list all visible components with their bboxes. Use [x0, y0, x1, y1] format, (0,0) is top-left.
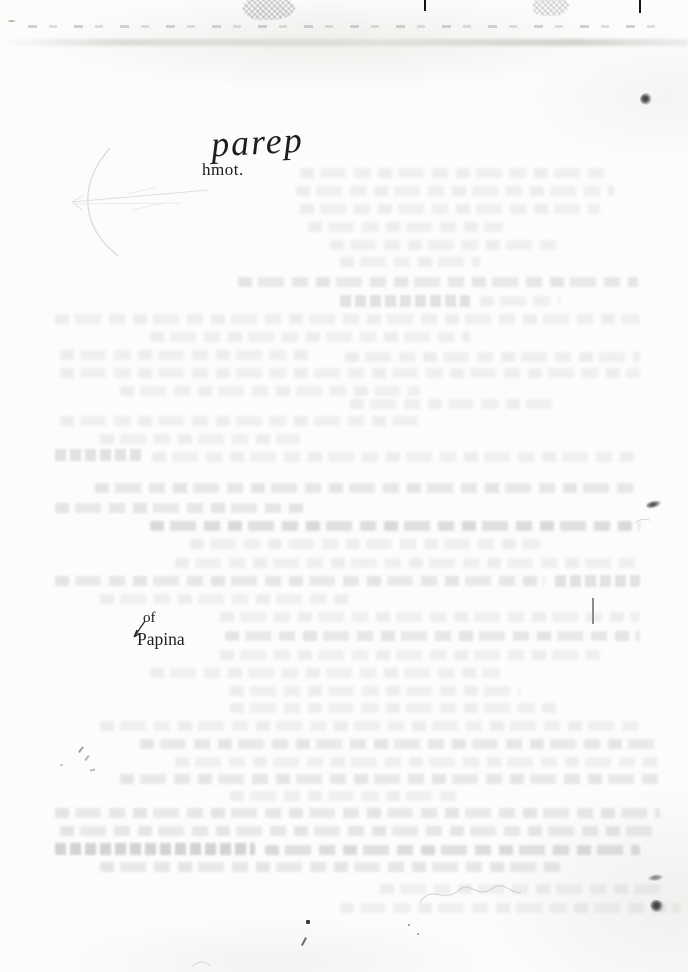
pencil-tick [90, 768, 95, 771]
ghost-cjk-fragment [55, 449, 145, 461]
ghost-text-line [100, 594, 350, 604]
ghost-text-line [55, 314, 640, 324]
ghost-text-line [308, 222, 503, 232]
ghost-text-line [60, 416, 420, 426]
ghost-text-line [300, 204, 600, 214]
ghost-text-line [345, 352, 640, 362]
ghost-text-line [120, 774, 660, 784]
ghost-text-line [220, 612, 640, 622]
signature-squiggle [415, 880, 525, 908]
vertical-stray-line [592, 598, 594, 624]
ghost-text-line [55, 503, 305, 513]
ghost-text-line [340, 257, 480, 267]
scanned-document-page: parep hmot. of Papina [0, 0, 688, 972]
ink-dot [60, 764, 63, 766]
ghost-text-line [230, 791, 460, 801]
ghost-text-line [220, 650, 600, 660]
pencil-tick [78, 746, 83, 752]
ink-speck [646, 872, 666, 884]
ghost-text-line [150, 332, 470, 342]
ghost-text-line [480, 296, 560, 306]
edge-mark [8, 20, 15, 22]
ghost-text-line [140, 739, 660, 749]
handwritten-word: parep [210, 119, 305, 166]
scan-tick-mark [639, 0, 641, 13]
ghost-text-line [120, 386, 420, 396]
faded-dash-row [28, 25, 668, 28]
ghost-text-line [100, 434, 300, 444]
ghost-text-line [300, 168, 608, 178]
ghost-cjk-fragment [55, 843, 255, 855]
ink-dot [306, 920, 310, 924]
pen-stroke [301, 937, 307, 946]
ghost-text-line [225, 631, 640, 641]
ghost-text-line [238, 277, 638, 287]
scan-smudge [533, 0, 569, 16]
ghost-text-line [100, 721, 640, 731]
ghost-text-line [152, 452, 640, 462]
ghost-text-line [60, 350, 310, 360]
ghost-text-line [330, 240, 560, 250]
typed-word: hmot. [202, 160, 244, 180]
ghost-text-line [230, 686, 520, 696]
pencil-tick [84, 755, 89, 761]
gray-streak [0, 39, 688, 46]
ink-speck [633, 518, 652, 531]
ink-speck [645, 497, 665, 511]
ghost-text-line [150, 668, 500, 678]
ghost-text-line [60, 368, 640, 378]
ghost-text-line [350, 399, 560, 409]
ghost-text-line [265, 845, 640, 855]
ghost-text-line [95, 483, 640, 493]
ghost-text-line [190, 539, 540, 549]
ink-dot [408, 924, 410, 926]
ghost-text-line [60, 826, 660, 836]
ghost-text-line [55, 576, 545, 586]
ghost-text-line [230, 703, 560, 713]
stray-curl [190, 958, 212, 970]
ghost-text-line [175, 558, 640, 568]
ghost-cjk-fragment [555, 575, 640, 587]
arrow-mark-icon [128, 619, 148, 641]
scan-tick-mark [424, 0, 426, 11]
ghost-cjk-fragment [340, 295, 470, 307]
ghost-text-line [296, 186, 614, 196]
ink-speck [638, 91, 654, 107]
ghost-text-line [100, 862, 560, 872]
scan-smudge [243, 0, 295, 20]
ink-dot [417, 933, 419, 935]
ghost-text-line [55, 808, 660, 818]
ghost-text-line [150, 521, 640, 531]
ghost-text-line [175, 757, 660, 767]
